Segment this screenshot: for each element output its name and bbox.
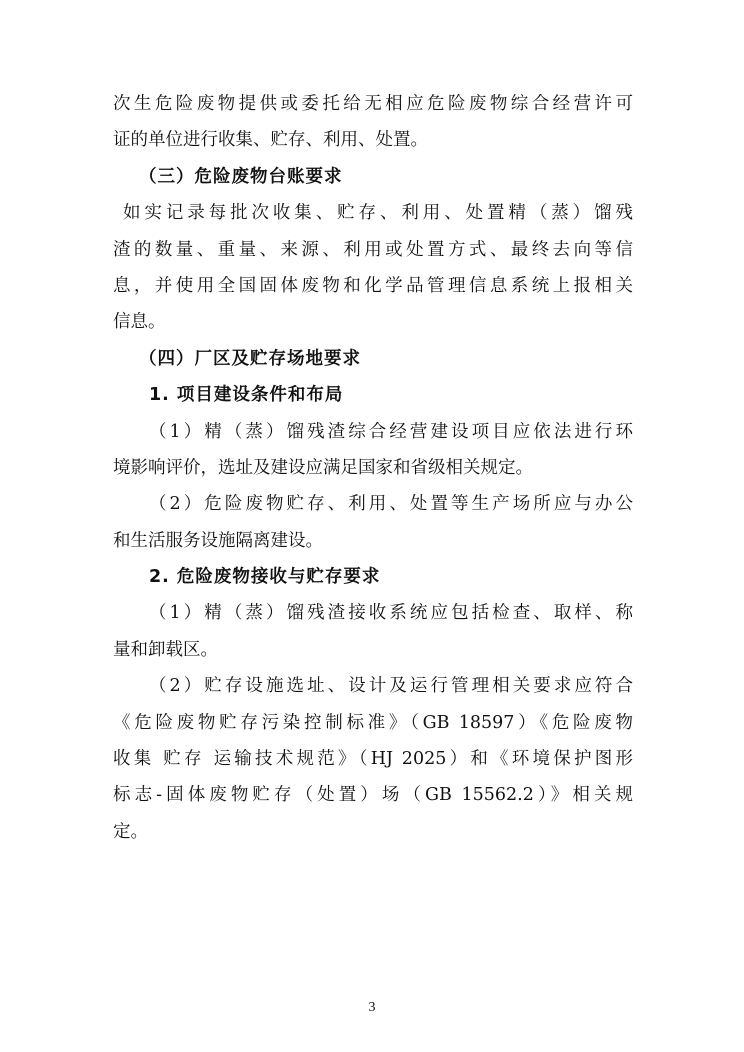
text-line: 息，并使用全国固体废物和化学品管理信息系统上报相关 (113, 268, 633, 304)
text-line: 信息。 (113, 304, 633, 340)
subsection-heading: 1. 项目建设条件和布局 (113, 377, 633, 413)
text-line: 次生危险废物提供或委托给无相应危险废物综合经营许可 (113, 86, 633, 122)
text-line: 境影响评价，选址及建设应满足国家和省级相关规定。 (113, 450, 633, 486)
text-line: （2）贮存设施选址、设计及运行管理相关要求应符合 (113, 668, 633, 704)
text-line: 如实记录每批次收集、贮存、利用、处置精（蒸）馏残 (113, 195, 633, 231)
text-line: （2）危险废物贮存、利用、处置等生产场所应与办公 (113, 486, 633, 522)
text-line: 证的单位进行收集、贮存、利用、处置。 (113, 122, 633, 158)
section-heading: （四）厂区及贮存场地要求 (113, 341, 633, 377)
text-line: 量和卸载区。 (113, 632, 633, 668)
text-line: 渣的数量、重量、来源、利用或处置方式、最终去向等信 (113, 232, 633, 268)
text-line: 收集 贮存 运输技术规范》（HJ 2025）和《环境保护图形 (113, 741, 633, 777)
text-line: （1）精（蒸）馏残渣接收系统应包括检查、取样、称 (113, 595, 633, 631)
text-line: 定。 (113, 814, 633, 850)
document-page: 次生危险废物提供或委托给无相应危险废物综合经营许可 证的单位进行收集、贮存、利用… (0, 0, 744, 1052)
page-number: 3 (0, 1000, 744, 1016)
text-line: 标志-固体废物贮存（处置）场（GB 15562.2）》相关规 (113, 777, 633, 813)
section-heading: （三）危险废物台账要求 (113, 159, 633, 195)
page-content: 次生危险废物提供或委托给无相应危险废物综合经营许可 证的单位进行收集、贮存、利用… (113, 86, 633, 850)
text-line: 《危险废物贮存污染控制标准》（GB 18597）《危险废物 (113, 705, 633, 741)
text-line: （1）精（蒸）馏残渣综合经营建设项目应依法进行环 (113, 414, 633, 450)
subsection-heading: 2. 危险废物接收与贮存要求 (113, 559, 633, 595)
text-line: 和生活服务设施隔离建设。 (113, 523, 633, 559)
